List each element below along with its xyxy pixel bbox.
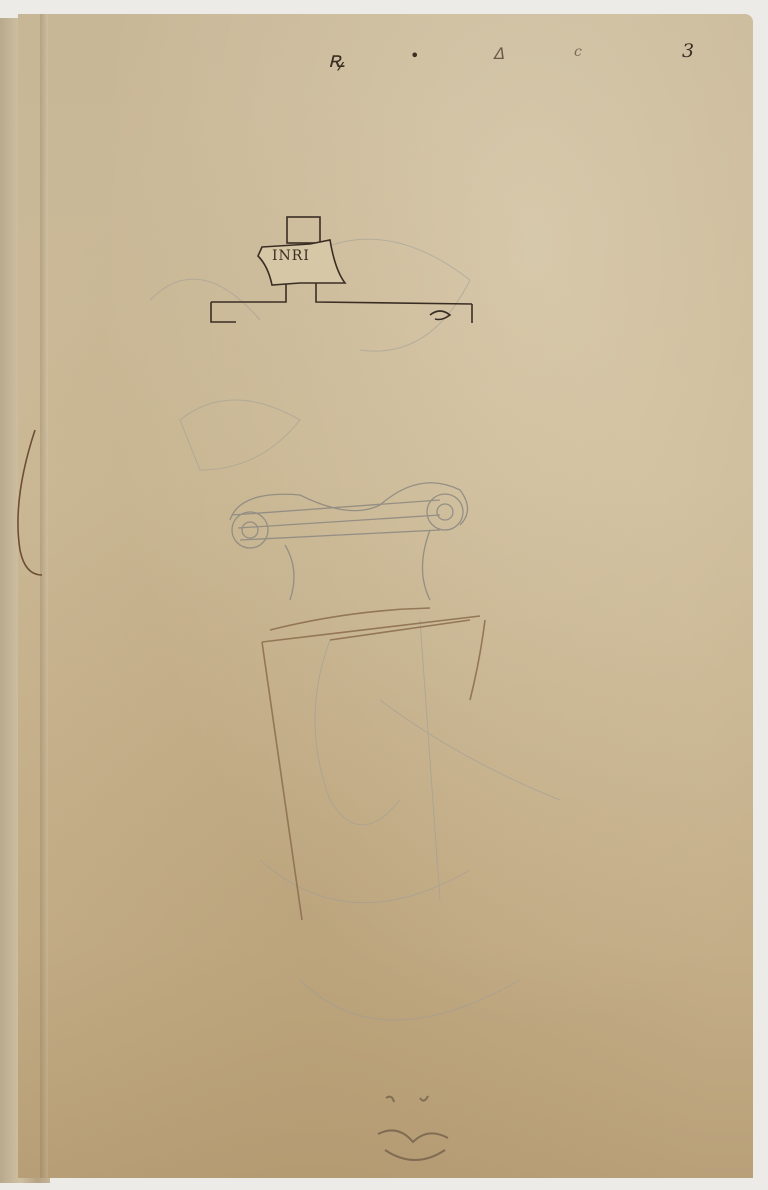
inri-titulus: INRI	[272, 248, 310, 264]
sketch-drawing	[0, 0, 768, 1190]
